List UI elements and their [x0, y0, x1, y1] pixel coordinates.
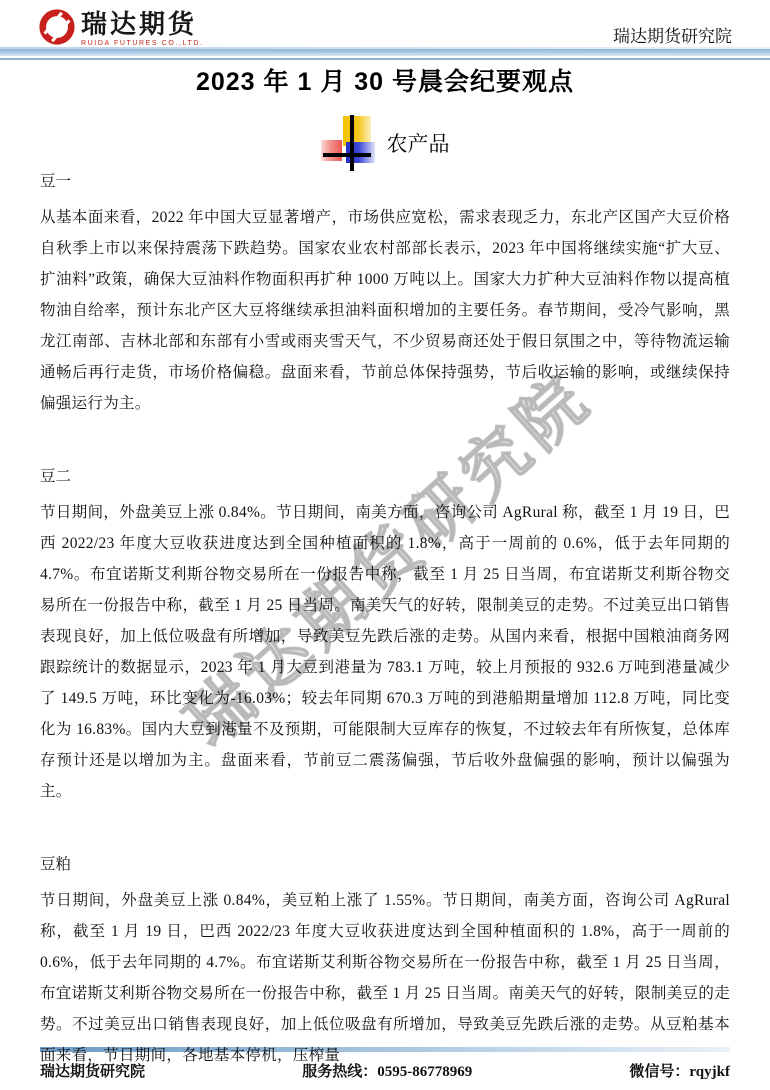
section-banner-label: 农产品 [387, 128, 450, 158]
icon-red-square [321, 140, 342, 161]
header-rule-bar [0, 47, 770, 56]
agri-products-icon [321, 115, 379, 171]
section-heading: 豆粕 [40, 855, 730, 875]
document-page: 瑞达期货研究院 瑞达期货 RUIDA FUTURES CO.,LTD. 瑞达期货… [0, 0, 770, 1090]
institute-name: 瑞达期货研究院 [613, 22, 732, 47]
logo-swirl-icon [38, 8, 76, 46]
icon-cross-vertical [350, 115, 354, 171]
page-header: 瑞达期货 RUIDA FUTURES CO.,LTD. 瑞达期货研究院 [38, 6, 732, 48]
logo-company-name: 瑞达期货 [81, 11, 204, 37]
page-title: 2023 年 1 月 30 号晨会纪要观点 [0, 62, 770, 98]
section-douyi: 豆一 从基本面来看，2022 年中国大豆显著增产，市场供应宽松，需求表现乏力，东… [40, 172, 730, 419]
section-heading: 豆二 [40, 467, 730, 487]
company-logo: 瑞达期货 RUIDA FUTURES CO.,LTD. [38, 8, 204, 47]
header-rule-line [0, 58, 770, 60]
section-banner: 农产品 [0, 115, 770, 171]
section-paragraph: 节日期间，外盘美豆上涨 0.84%。节日期间，南美方面，咨询公司 AgRural… [40, 497, 730, 807]
document-body: 豆一 从基本面来看，2022 年中国大豆显著增产，市场供应宽松，需求表现乏力，东… [40, 172, 730, 1071]
section-heading: 豆一 [40, 172, 730, 192]
logo-company-name-en: RUIDA FUTURES CO.,LTD. [81, 40, 204, 47]
logo-text-block: 瑞达期货 RUIDA FUTURES CO.,LTD. [81, 8, 204, 47]
section-doupo: 豆粕 节日期间，外盘美豆上涨 0.84%，美豆粕上涨了 1.55%。节日期间，南… [40, 855, 730, 1071]
section-paragraph: 节日期间，外盘美豆上涨 0.84%，美豆粕上涨了 1.55%。节日期间，南美方面… [40, 885, 730, 1071]
section-douer: 豆二 节日期间，外盘美豆上涨 0.84%。节日期间，南美方面，咨询公司 AgRu… [40, 467, 730, 807]
section-paragraph: 从基本面来看，2022 年中国大豆显著增产，市场供应宽松，需求表现乏力，东北产区… [40, 202, 730, 419]
icon-cross-horizontal [323, 153, 371, 157]
